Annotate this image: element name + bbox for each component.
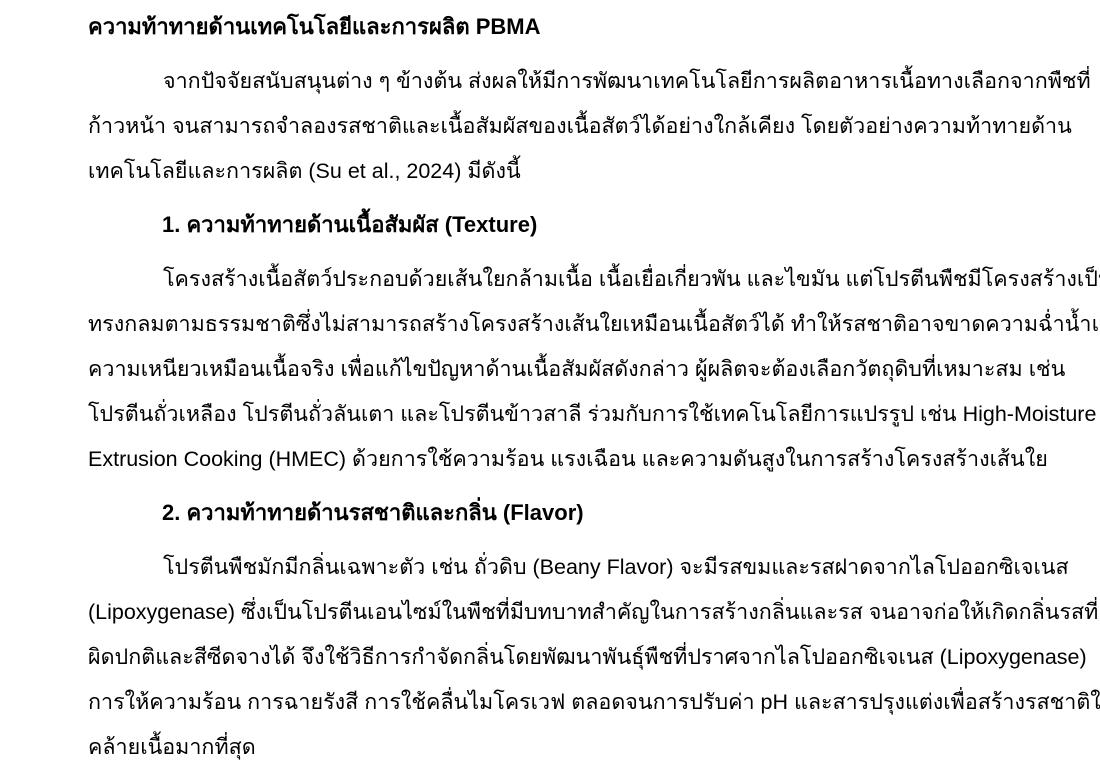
section-2-paragraph: โปรตีนพืชมักมีกลิ่นเฉพาะตัว เช่น ถั่วดิบ…	[88, 545, 1012, 762]
text-line: โปรตีนพืชมักมีกลิ่นเฉพาะตัว เช่น ถั่วดิบ…	[88, 545, 1012, 590]
text-line: (Lipoxygenase) ซึ่งเป็นโปรตีนเอนไซม์ในพื…	[88, 590, 1012, 635]
document-title: ความท้าทายด้านเทคโนโลยีและการผลิต PBMA	[88, 4, 1012, 49]
text-line: เทคโนโลยีและการผลิต (Su et al., 2024) มี…	[88, 149, 1012, 194]
text-line: จากปัจจัยสนับสนุนต่าง ๆ ข้างต้น ส่งผลให้…	[88, 59, 1012, 104]
text-line: ทรงกลมตามธรรมชาติซึ่งไม่สามารถสร้างโครงส…	[88, 302, 1012, 347]
text-line: ความเหนียวเหมือนเนื้อจริง เพื่อแก้ไขปัญห…	[88, 347, 1012, 392]
intro-paragraph: จากปัจจัยสนับสนุนต่าง ๆ ข้างต้น ส่งผลให้…	[88, 59, 1012, 194]
document-page: ความท้าทายด้านเทคโนโลยีและการผลิต PBMA จ…	[0, 0, 1100, 762]
section-2-heading: 2. ความท้าทายด้านรสชาติและกลิ่น (Flavor)	[88, 490, 1012, 535]
text-line: ก้าวหน้า จนสามารถจำลองรสชาติและเนื้อสัมผ…	[88, 104, 1012, 149]
section-1-paragraph: โครงสร้างเนื้อสัตว์ประกอบด้วยเส้นใยกล้าม…	[88, 257, 1012, 482]
text-line: โปรตีนถั่วเหลือง โปรตีนถั่วลันเตา และโปร…	[88, 392, 1012, 437]
text-line: ผิดปกติและสีซีดจางได้ จึงใช้วิธีการกำจัด…	[88, 635, 1012, 680]
text-line: การให้ความร้อน การฉายรังสี การใช้คลื่นไม…	[88, 680, 1012, 725]
text-line: คล้ายเนื้อมากที่สุด	[88, 725, 1012, 762]
text-line: โครงสร้างเนื้อสัตว์ประกอบด้วยเส้นใยกล้าม…	[88, 257, 1012, 302]
text-line: Extrusion Cooking (HMEC) ด้วยการใช้ความร…	[88, 437, 1012, 482]
section-1-heading: 1. ความท้าทายด้านเนื้อสัมผัส (Texture)	[88, 202, 1012, 247]
